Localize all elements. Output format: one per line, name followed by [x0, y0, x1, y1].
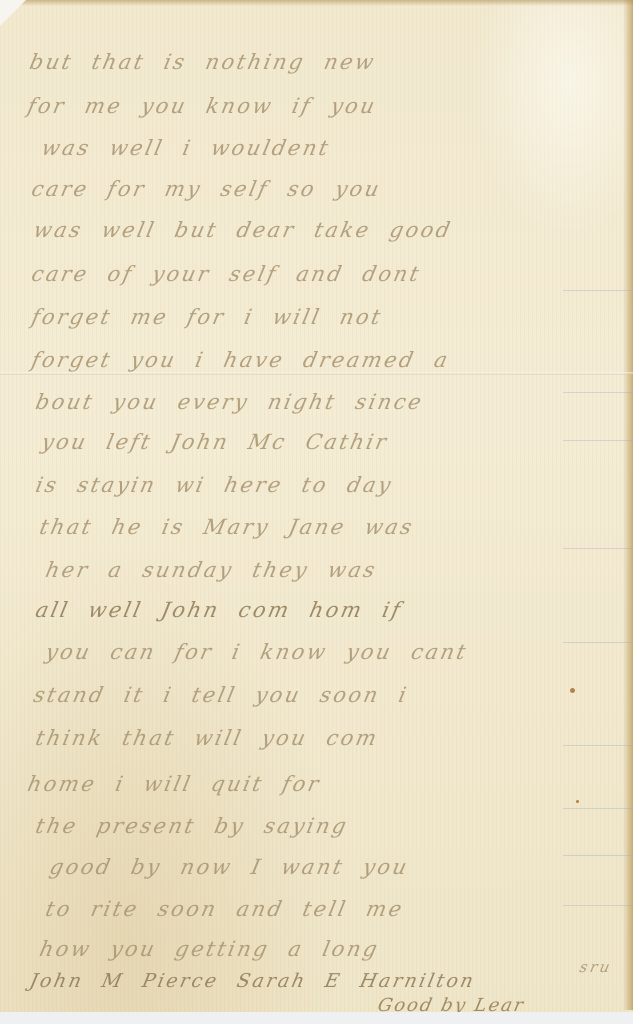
letter-line: for me you know if you — [25, 94, 379, 118]
paper-top-edge — [0, 0, 633, 6]
letter-line: is stayin wi here to day — [33, 473, 395, 497]
letter-line: was well but dear take good — [31, 218, 454, 242]
ruled-line — [563, 392, 633, 393]
paper-fold-crease — [0, 372, 633, 375]
letter-line: was well i wouldent — [39, 136, 332, 160]
letter-line: home i will quit for — [25, 772, 323, 796]
letter-line: think that will you com — [33, 726, 381, 750]
letter-line: to rite soon and tell me — [43, 897, 406, 921]
ruled-line — [563, 855, 633, 856]
letter-line-names: John M Pierce Sarah E Harnilton — [28, 970, 478, 992]
scan-bottom-margin — [0, 1012, 633, 1024]
letter-line: you can for i know you cant — [43, 640, 470, 664]
letter-line: but that is nothing new — [27, 50, 378, 74]
letter-line: the present by saying — [33, 814, 350, 838]
ruled-line — [563, 548, 633, 549]
paper-right-edge — [623, 0, 633, 1010]
letter-line: bout you every night since — [33, 390, 425, 414]
letter-line: good by now I want you — [47, 855, 411, 879]
letter-trailing-word: sru — [578, 958, 614, 976]
letter-page: but that is nothing new for me you know … — [0, 0, 633, 1024]
torn-corner — [0, 0, 26, 26]
ink-spot — [570, 688, 575, 693]
ink-spot — [576, 800, 579, 803]
ruled-line — [563, 905, 633, 906]
letter-line: care of your self and dont — [29, 262, 423, 286]
letter-line: you left John Mc Cathir — [39, 430, 390, 454]
letter-line: care for my self so you — [29, 177, 383, 201]
letter-line: all well John com hom if — [33, 598, 404, 622]
ruled-line — [563, 808, 633, 809]
letter-line: her a sunday they was — [43, 558, 379, 582]
letter-line: that he is Mary Jane was — [37, 515, 416, 539]
ruled-line — [563, 642, 633, 643]
ruled-line — [563, 290, 633, 291]
letter-line: forget me for i will not — [29, 305, 384, 329]
letter-line: how you getting a long — [37, 937, 381, 961]
letter-line: forget you i have dreamed a — [29, 348, 452, 372]
letter-line: stand it i tell you soon i — [31, 683, 410, 707]
ruled-line — [563, 745, 633, 746]
ruled-line — [563, 440, 633, 441]
